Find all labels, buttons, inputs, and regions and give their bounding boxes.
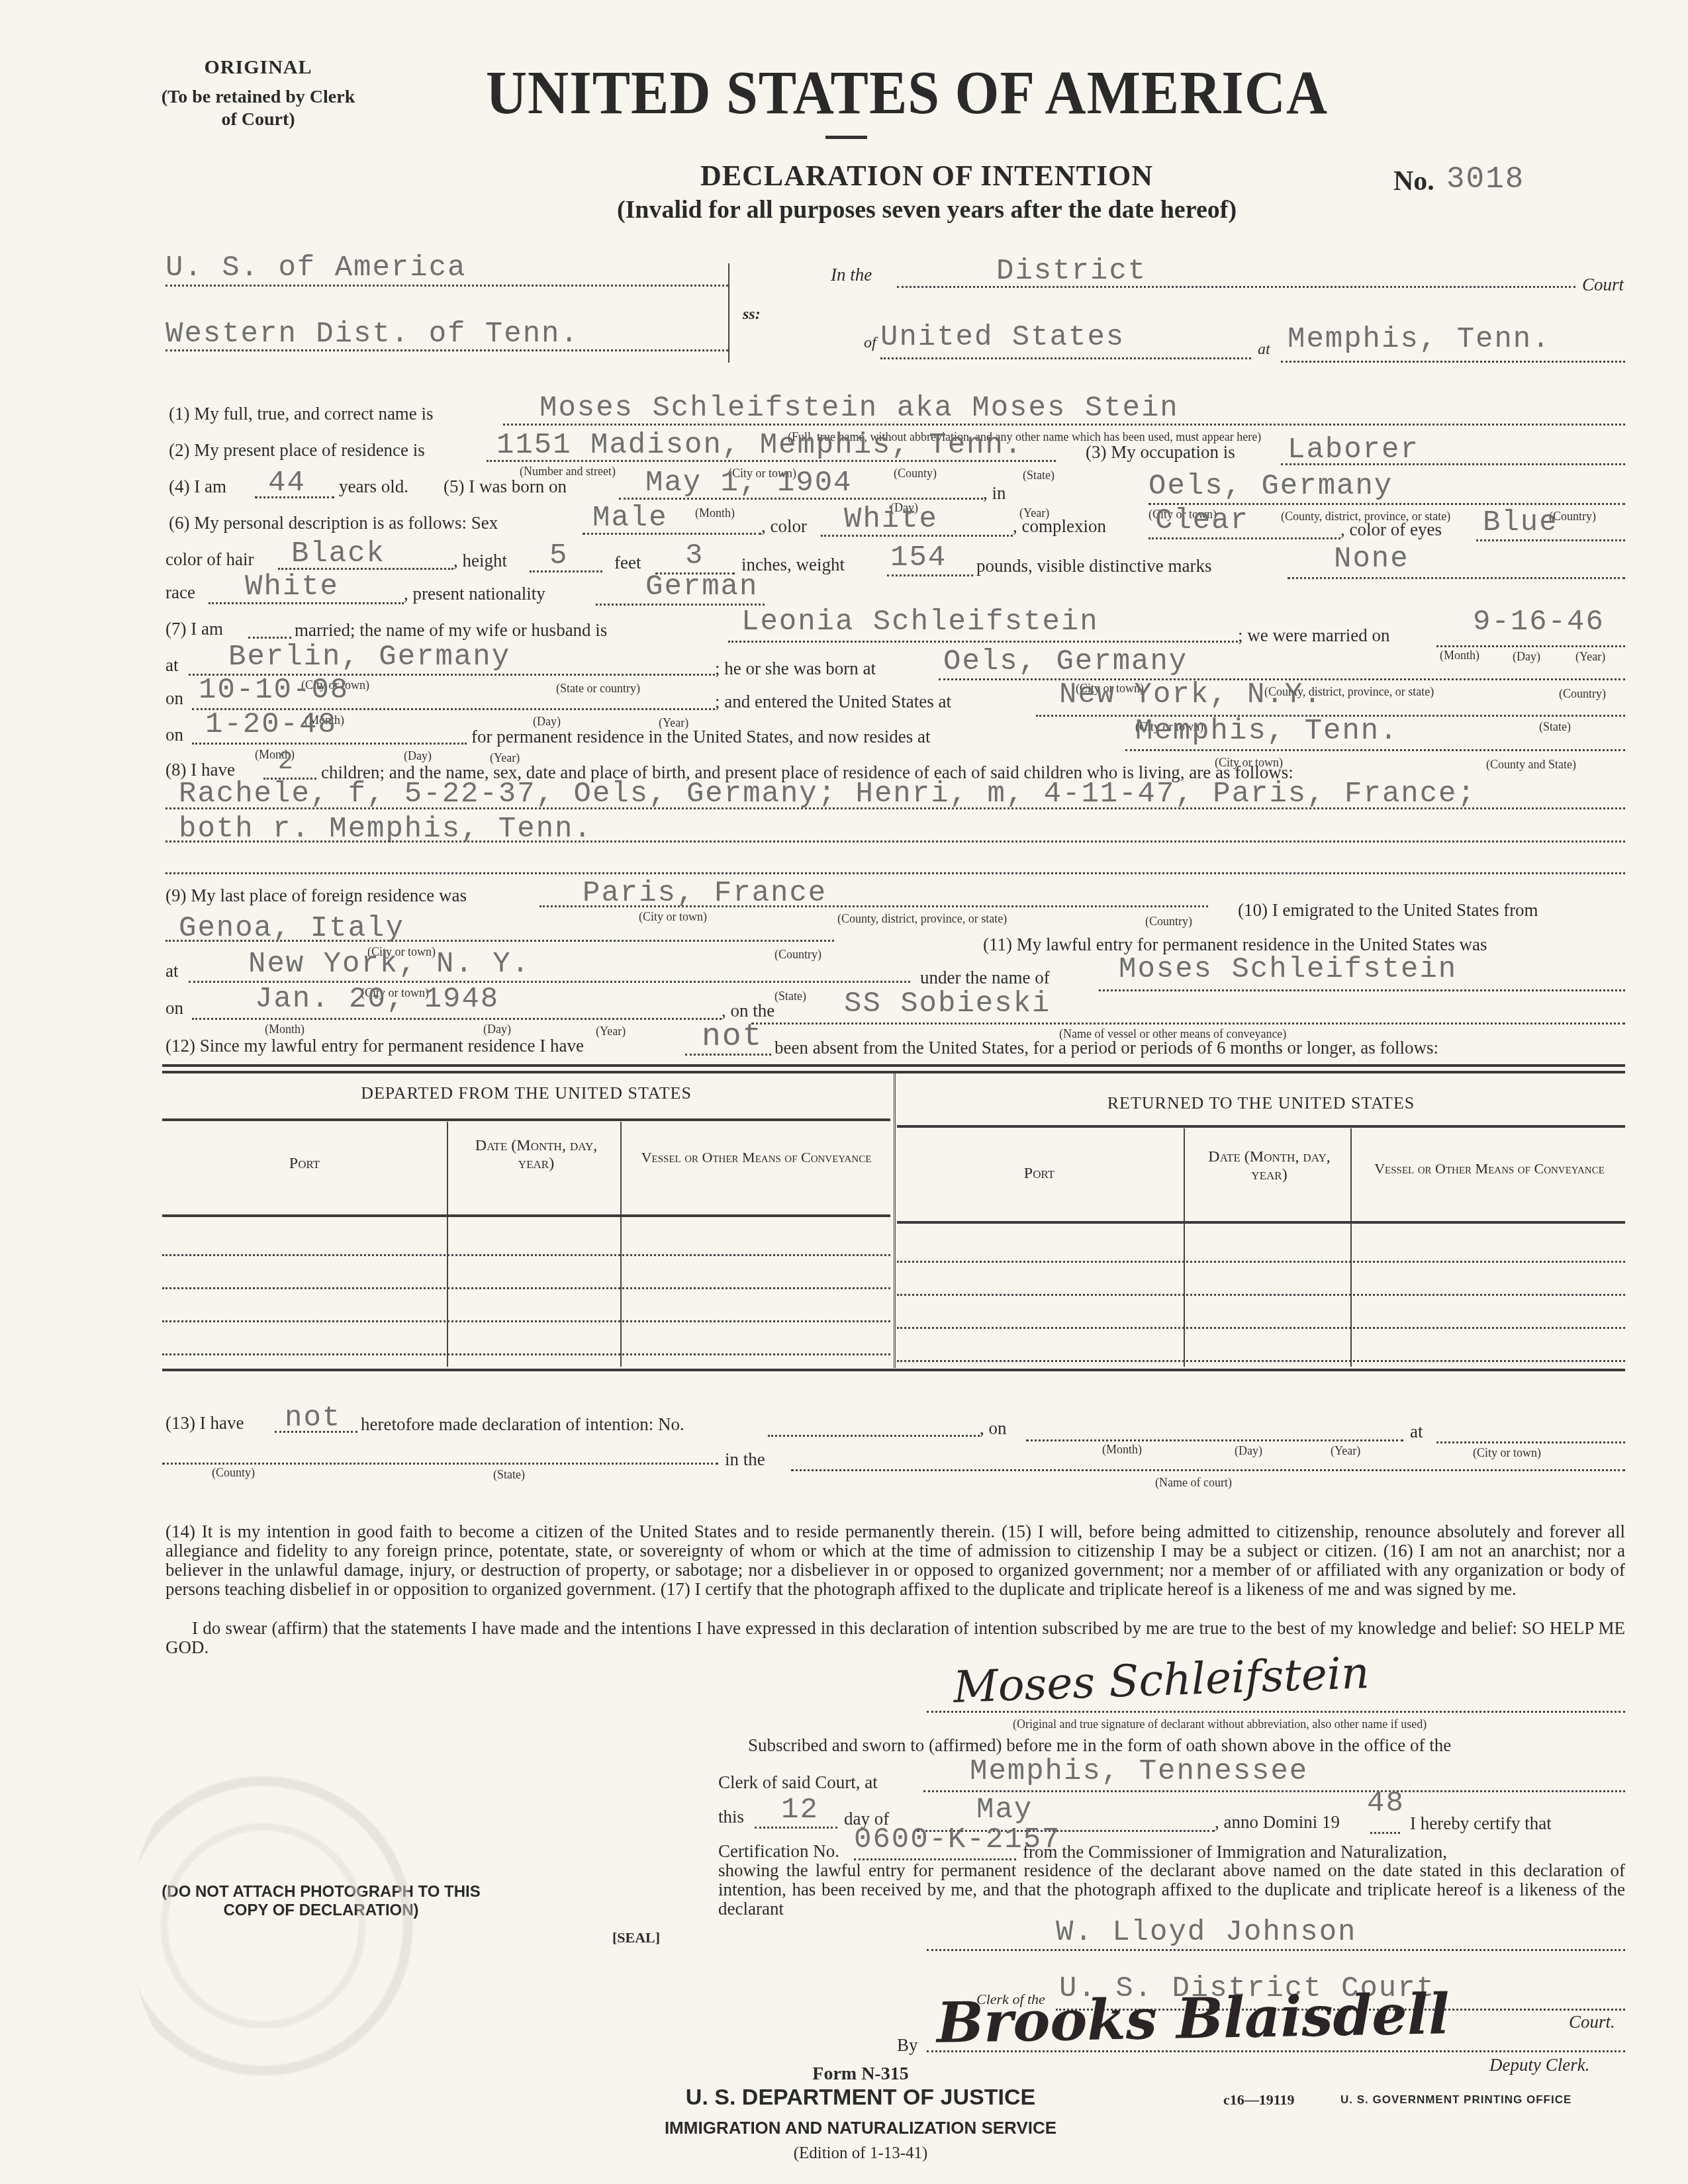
service-name: IMMIGRATION AND NATURALIZATION SERVICE — [583, 2118, 1139, 2138]
height-inches[interactable]: 3 — [685, 539, 704, 572]
at-line — [1281, 361, 1625, 363]
entry-date-caption-year: (Year) — [596, 1024, 626, 1038]
age-suffix: years old. — [339, 477, 408, 497]
q13-caption-state: (State) — [493, 1468, 525, 1482]
certification-text-rest: showing the lawful entry for permanent r… — [718, 1861, 1625, 1919]
embossed-seal — [129, 1741, 427, 2111]
entry-date-line — [192, 1018, 722, 1020]
marriage-date-caption-day: (Day) — [1513, 650, 1540, 664]
marriage-date-line — [1436, 645, 1625, 647]
clerk-at-line — [923, 1790, 1625, 1792]
children-rule-3 — [165, 872, 1625, 874]
q13-caption-city: (City or town) — [1473, 1446, 1541, 1460]
oath-swear: I do swear (affirm) that the statements … — [165, 1619, 1625, 1657]
returned-title: RETURNED TO THE UNITED STATES — [897, 1093, 1625, 1113]
by-label: By — [897, 2035, 918, 2056]
table-bottom-rule — [162, 1369, 1625, 1371]
marks-line — [1288, 577, 1625, 579]
department-name: U. S. DEPARTMENT OF JUSTICE — [596, 2085, 1125, 2111]
weight-line — [887, 574, 973, 576]
q11-label: (11) My lawful entry for permanent resid… — [983, 934, 1487, 955]
entry-date-caption-day: (Day) — [483, 1023, 511, 1036]
spouse-residence-caption-county: (County and State) — [1486, 758, 1576, 772]
birth-place[interactable]: Oels, Germany — [1149, 470, 1393, 503]
col-header-departed-port: Port — [162, 1155, 447, 1173]
q13-text: heretofore made declaration of intention… — [361, 1414, 684, 1435]
printer-name: U. S. GOVERNMENT PRINTING OFFICE — [1340, 2093, 1571, 2107]
nationality[interactable]: German — [645, 570, 758, 604]
marriage-date-caption-year: (Year) — [1575, 650, 1605, 664]
of-label: of — [864, 334, 876, 352]
spouse-entry-place[interactable]: New York, N.Y. — [1059, 678, 1323, 711]
departed-title: DEPARTED FROM THE UNITED STATES — [162, 1083, 890, 1103]
full-name[interactable]: Moses Schleifstein aka Moses Stein — [539, 392, 1179, 425]
nationality-label: , present nationality — [404, 584, 545, 604]
birth-date-caption-month: (Month) — [695, 506, 735, 520]
declarant-signature-line — [927, 1711, 1625, 1713]
marriage-place-caption-state: (State or country) — [556, 682, 640, 696]
certification-text-first: from the Commissioner of Immigration and… — [1023, 1842, 1447, 1862]
certify-label: I hereby certify that — [1410, 1813, 1552, 1834]
clerk-name[interactable]: W. Lloyd Johnson — [1056, 1916, 1356, 1949]
marriage-date-caption-month: (Month) — [1440, 649, 1479, 662]
form-number: Form N-315 — [662, 2064, 1059, 2085]
print-code: c16—19119 — [1223, 2091, 1295, 2109]
emigrated-from[interactable]: Genoa, Italy — [179, 912, 404, 945]
spouse-born-label: ; he or she was born at — [715, 659, 876, 679]
spouse-residence[interactable]: Memphis, Tenn. — [1135, 715, 1399, 748]
clerk-name-line — [927, 1949, 1625, 1951]
prior-declaration-city-line[interactable] — [1436, 1441, 1625, 1443]
court-type: District — [996, 255, 1147, 288]
col-divider-1 — [447, 1122, 448, 1367]
deputy-label: Deputy Clerk. — [1489, 2055, 1589, 2075]
entry-at-label: at — [165, 961, 179, 981]
q13-label: (13) I have — [165, 1413, 244, 1433]
marks[interactable]: None — [1334, 543, 1409, 576]
married-on-label: ; we were married on — [1238, 625, 1389, 646]
hair-label: color of hair — [165, 549, 254, 570]
eyes[interactable]: Blue — [1483, 506, 1558, 539]
children-rule-2 — [165, 841, 1625, 842]
col-divider-3 — [1184, 1128, 1185, 1367]
prior-declaration-number-line[interactable] — [768, 1435, 980, 1437]
marriage-date[interactable]: 9-16-46 — [1473, 606, 1605, 639]
entry-date-caption-month: (Month) — [265, 1023, 305, 1036]
married-at-label: at — [165, 655, 179, 676]
of-value: United States — [880, 321, 1125, 354]
q13-in-the-label: in the — [725, 1449, 765, 1470]
eyes-line — [1476, 539, 1625, 541]
q10-label: (10) I emigrated to the United States fr… — [1238, 900, 1538, 921]
declaration-number: 3018 — [1446, 162, 1524, 197]
col-header-returned-port: Port — [897, 1165, 1182, 1183]
title-divider — [825, 136, 867, 139]
q12-label: (12) Since my lawful entry for permanent… — [165, 1036, 584, 1056]
col-divider-4 — [1350, 1128, 1352, 1367]
spouse-name-line — [728, 641, 1238, 643]
table-top-rule-1 — [162, 1064, 1625, 1067]
q13-caption-day: (Day) — [1235, 1444, 1262, 1458]
venue-district: Western Dist. of Tenn. — [165, 318, 579, 351]
table-row[interactable] — [897, 1294, 1625, 1296]
venue-brace — [728, 263, 729, 363]
anno-label: , anno Domini 19 — [1215, 1812, 1340, 1833]
spouse-entry-date-caption-day: (Day) — [404, 749, 432, 763]
married-status-line — [248, 637, 291, 639]
number-label: No. — [1393, 165, 1434, 197]
q5-label: (5) I was born on — [444, 477, 567, 497]
color-label: , color — [761, 516, 807, 537]
complexion-line — [1149, 537, 1340, 539]
emigrated-caption-country: (Country) — [774, 948, 821, 962]
married-text: married; the name of my wife or husband … — [295, 620, 607, 641]
court-suffix: Court. — [1569, 2012, 1615, 2032]
spouse-birth-place[interactable]: Oels, Germany — [943, 645, 1188, 678]
eyes-label: , color of eyes — [1340, 520, 1442, 540]
day[interactable]: 12 — [781, 1794, 819, 1827]
q13-caption-court: (Name of court) — [1155, 1476, 1232, 1490]
q13-value[interactable]: not — [285, 1402, 341, 1435]
departed-title-rule — [162, 1118, 890, 1121]
spouse-entry-date[interactable]: 1-20-48 — [205, 708, 337, 741]
venue-district-line — [165, 349, 728, 351]
table-row[interactable] — [162, 1254, 890, 1256]
entry-place[interactable]: New York, N. Y. — [248, 948, 530, 981]
table-row[interactable] — [162, 1353, 890, 1355]
height-label: , height — [453, 551, 507, 571]
spouse-entry-on-label: on — [165, 725, 183, 745]
marriage-place[interactable]: Berlin, Germany — [228, 641, 510, 674]
last-foreign-caption-city: (City or town) — [639, 910, 707, 924]
seal-label: [SEAL] — [612, 1929, 660, 1946]
returned-title-rule — [897, 1125, 1625, 1128]
entry-place-caption-state: (State) — [774, 989, 806, 1003]
year-line — [1370, 1832, 1400, 1834]
q13-caption-year: (Year) — [1331, 1444, 1360, 1458]
col-header-departed-date: Date (Month, day, year) — [457, 1137, 616, 1173]
venue-state: U. S. of America — [165, 251, 466, 285]
residence-caption-county: (County) — [894, 467, 937, 480]
prior-declaration-date-line[interactable] — [1026, 1439, 1403, 1441]
entry-name-line — [1099, 989, 1625, 991]
spouse-entered-label: ; and entered the United States at — [715, 692, 951, 712]
spouse-birth-caption-country: (Country) — [1559, 687, 1606, 701]
entry-name-label: under the name of — [920, 968, 1050, 988]
absent-value[interactable]: not — [702, 1019, 763, 1055]
vessel-line — [751, 1023, 1625, 1024]
age[interactable]: 44 — [268, 467, 306, 500]
birth-date[interactable]: May 1, 1904 — [645, 467, 852, 500]
color[interactable]: White — [844, 503, 938, 536]
q9-label: (9) My last place of foreign residence w… — [165, 886, 467, 906]
table-center-divider — [894, 1073, 896, 1368]
q7-label: (7) I am — [165, 619, 223, 639]
last-foreign-residence[interactable]: Paris, France — [583, 877, 827, 910]
venue-state-line — [165, 285, 728, 287]
table-row[interactable] — [897, 1261, 1625, 1263]
table-row[interactable] — [162, 1287, 890, 1289]
col-header-departed-vessel: Vessel or Other Means of Conveyance — [629, 1148, 884, 1166]
spouse-name[interactable]: Leonia Schleifstein — [741, 606, 1099, 639]
q6-label: (6) My personal description is as follow… — [169, 513, 498, 533]
oath-paragraph: (14) It is my intention in good faith to… — [165, 1522, 1625, 1599]
sex[interactable]: Male — [592, 502, 668, 535]
last-foreign-caption-country: (Country) — [1145, 915, 1192, 929]
spouse-entry-date-line — [192, 743, 467, 745]
this-label: this — [718, 1807, 744, 1827]
table-row[interactable] — [897, 1360, 1625, 1362]
q13-on-label: , on — [980, 1418, 1007, 1439]
children-count[interactable]: 2 — [278, 748, 295, 776]
feet-label: feet — [614, 553, 641, 573]
original-label: ORIGINAL — [179, 56, 338, 79]
document-title: UNITED STATES OF AMERICA — [463, 57, 1350, 128]
prior-declaration-court-line[interactable] — [791, 1469, 1625, 1471]
form-subtitle: DECLARATION OF INTENTION — [530, 159, 1324, 193]
retained-note: (To be retained by Clerk of Court) — [159, 86, 357, 131]
complexion-label: , complexion — [1013, 516, 1106, 537]
deputy-signature: Brooks Blaisdell — [936, 1981, 1450, 2056]
entry-name[interactable]: Moses Schleifstein — [1119, 953, 1457, 986]
year-suffix[interactable]: 48 — [1367, 1787, 1405, 1820]
race[interactable]: White — [245, 570, 339, 604]
q4-label: (4) I am — [169, 477, 226, 497]
of-line — [880, 357, 1251, 359]
children-rule-1 — [165, 807, 1625, 809]
vessel[interactable]: SS Sobieski — [844, 987, 1051, 1021]
day-line — [755, 1827, 837, 1829]
q13-caption-county: (County) — [212, 1466, 255, 1480]
col-divider-2 — [620, 1122, 622, 1367]
complexion[interactable]: Clear — [1155, 504, 1249, 537]
col-header-returned-vessel: Vessel or Other Means of Conveyance — [1357, 1160, 1622, 1177]
prior-declaration-county-state-line[interactable] — [162, 1463, 718, 1465]
certification-label: Certification No. — [718, 1841, 839, 1862]
q13-at-label: at — [1410, 1422, 1423, 1442]
edition-note: (Edition of 1-13-41) — [662, 2144, 1059, 2163]
children-line-1[interactable]: Rachele, f, 5-22-37, Oels, Germany; Henr… — [179, 778, 1476, 811]
validity-note: (Invalid for all purposes seven years af… — [450, 195, 1403, 224]
pounds-label: pounds, visible distinctive marks — [976, 556, 1211, 576]
table-row[interactable] — [162, 1320, 890, 1322]
residence-caption-state: (State) — [1023, 469, 1055, 482]
subscribed-text: Subscribed and sworn to (affirmed) befor… — [748, 1735, 1451, 1756]
last-foreign-caption-county: (County, district, province, or state) — [837, 912, 1007, 926]
q2-label: (2) My present place of residence is — [169, 440, 425, 461]
header-bottom-rule-left — [162, 1214, 890, 1217]
clerk-at-label: Clerk of said Court, at — [718, 1772, 878, 1793]
spouse-residence-line — [1125, 749, 1625, 751]
height-feet[interactable]: 5 — [549, 539, 568, 572]
q13-caption-month: (Month) — [1102, 1443, 1142, 1457]
entry-on-label: on — [165, 998, 183, 1019]
occupation[interactable]: Laborer — [1288, 433, 1419, 467]
spouse-on-label: on — [165, 688, 183, 709]
in-the-label: In the — [831, 265, 872, 285]
spouse-resides-label: for permanent residence in the United St… — [471, 727, 931, 747]
table-row[interactable] — [897, 1327, 1625, 1329]
ss-label: ss: — [743, 306, 761, 324]
hair[interactable]: Black — [291, 537, 385, 570]
nationality-line — [596, 604, 765, 606]
residence[interactable]: 1151 Madison, Memphis, Tenn. — [496, 429, 1023, 462]
header-bottom-rule-right — [897, 1221, 1625, 1224]
race-label: race — [165, 582, 195, 603]
at-value: Memphis, Tenn. — [1288, 323, 1551, 356]
signature-caption: (Original and true signature of declaran… — [1013, 1717, 1427, 1731]
clerk-at-value[interactable]: Memphis, Tennessee — [970, 1755, 1308, 1788]
q12-suffix: been absent from the United States, for … — [774, 1038, 1438, 1058]
spouse-entry-caption-state: (State) — [1539, 720, 1571, 734]
entry-date[interactable]: Jan. 20, 1948 — [255, 983, 499, 1016]
q1-label: (1) My full, true, and correct name is — [169, 404, 434, 424]
birth-in-label: , in — [983, 483, 1006, 504]
weight[interactable]: 154 — [890, 541, 947, 574]
at-label: at — [1258, 341, 1270, 359]
col-header-returned-date: Date (Month, day, year) — [1192, 1148, 1347, 1184]
court-label: Court — [1582, 275, 1624, 295]
month[interactable]: May — [976, 1794, 1033, 1827]
entry-on-the-label: , on the — [722, 1001, 774, 1021]
q3-label: (3) My occupation is — [1086, 442, 1235, 463]
spouse-birth-date[interactable]: 10-10-08 — [199, 674, 349, 707]
